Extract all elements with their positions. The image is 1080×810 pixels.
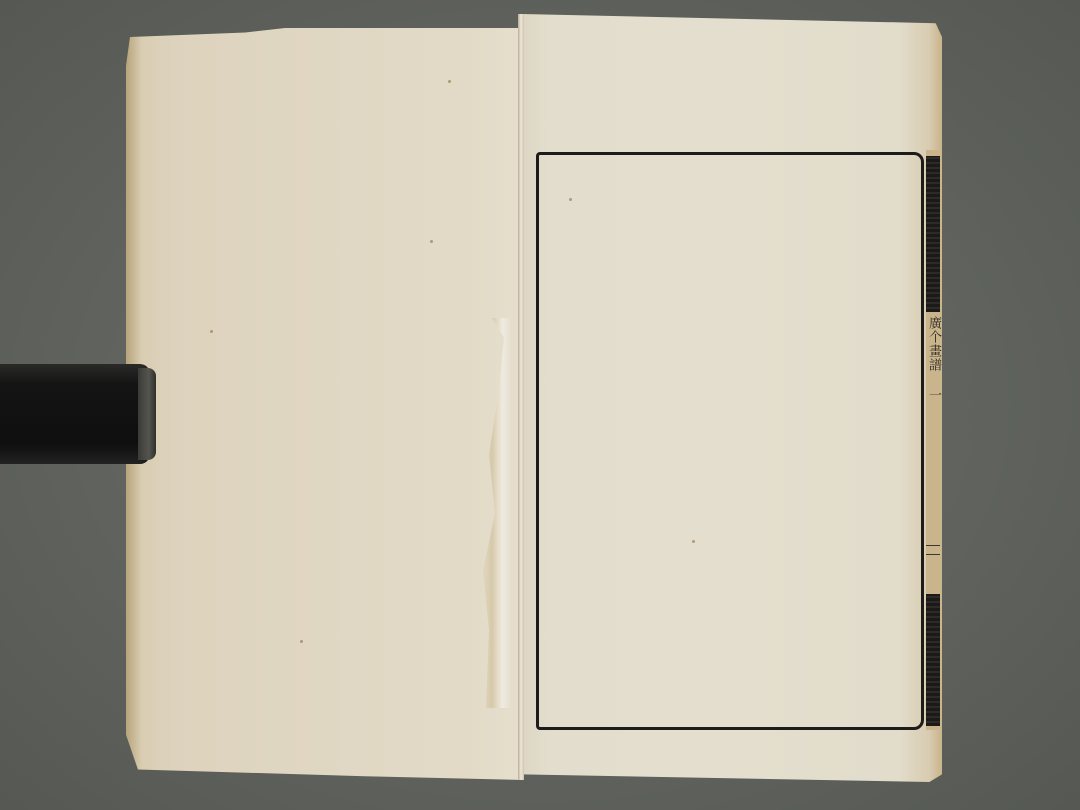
paper-speck bbox=[692, 540, 695, 543]
paper-speck bbox=[448, 80, 451, 83]
fore-edge-title-text: 廣个畫譜 bbox=[926, 316, 941, 372]
paper-speck bbox=[569, 198, 572, 201]
clip-cap bbox=[138, 368, 156, 460]
paper-speck bbox=[210, 330, 213, 333]
clip-body bbox=[0, 364, 150, 464]
paper-speck bbox=[300, 640, 303, 643]
fore-edge-black-band-top bbox=[926, 156, 940, 312]
fore-edge-double-rule bbox=[926, 545, 940, 555]
fore-edge-volume-mark: 一 bbox=[926, 388, 941, 402]
left-page bbox=[126, 28, 524, 780]
paper-speck bbox=[430, 240, 433, 243]
fore-edge-black-band-bottom bbox=[926, 594, 940, 726]
book-photo: 廣个畫譜 一 bbox=[0, 0, 1080, 810]
book-gutter bbox=[518, 14, 524, 780]
fore-edge-title: 廣个畫譜 一 bbox=[925, 316, 941, 402]
frame-left-rule bbox=[536, 160, 539, 720]
printed-frame-border bbox=[536, 152, 924, 730]
book-clip bbox=[0, 364, 157, 464]
